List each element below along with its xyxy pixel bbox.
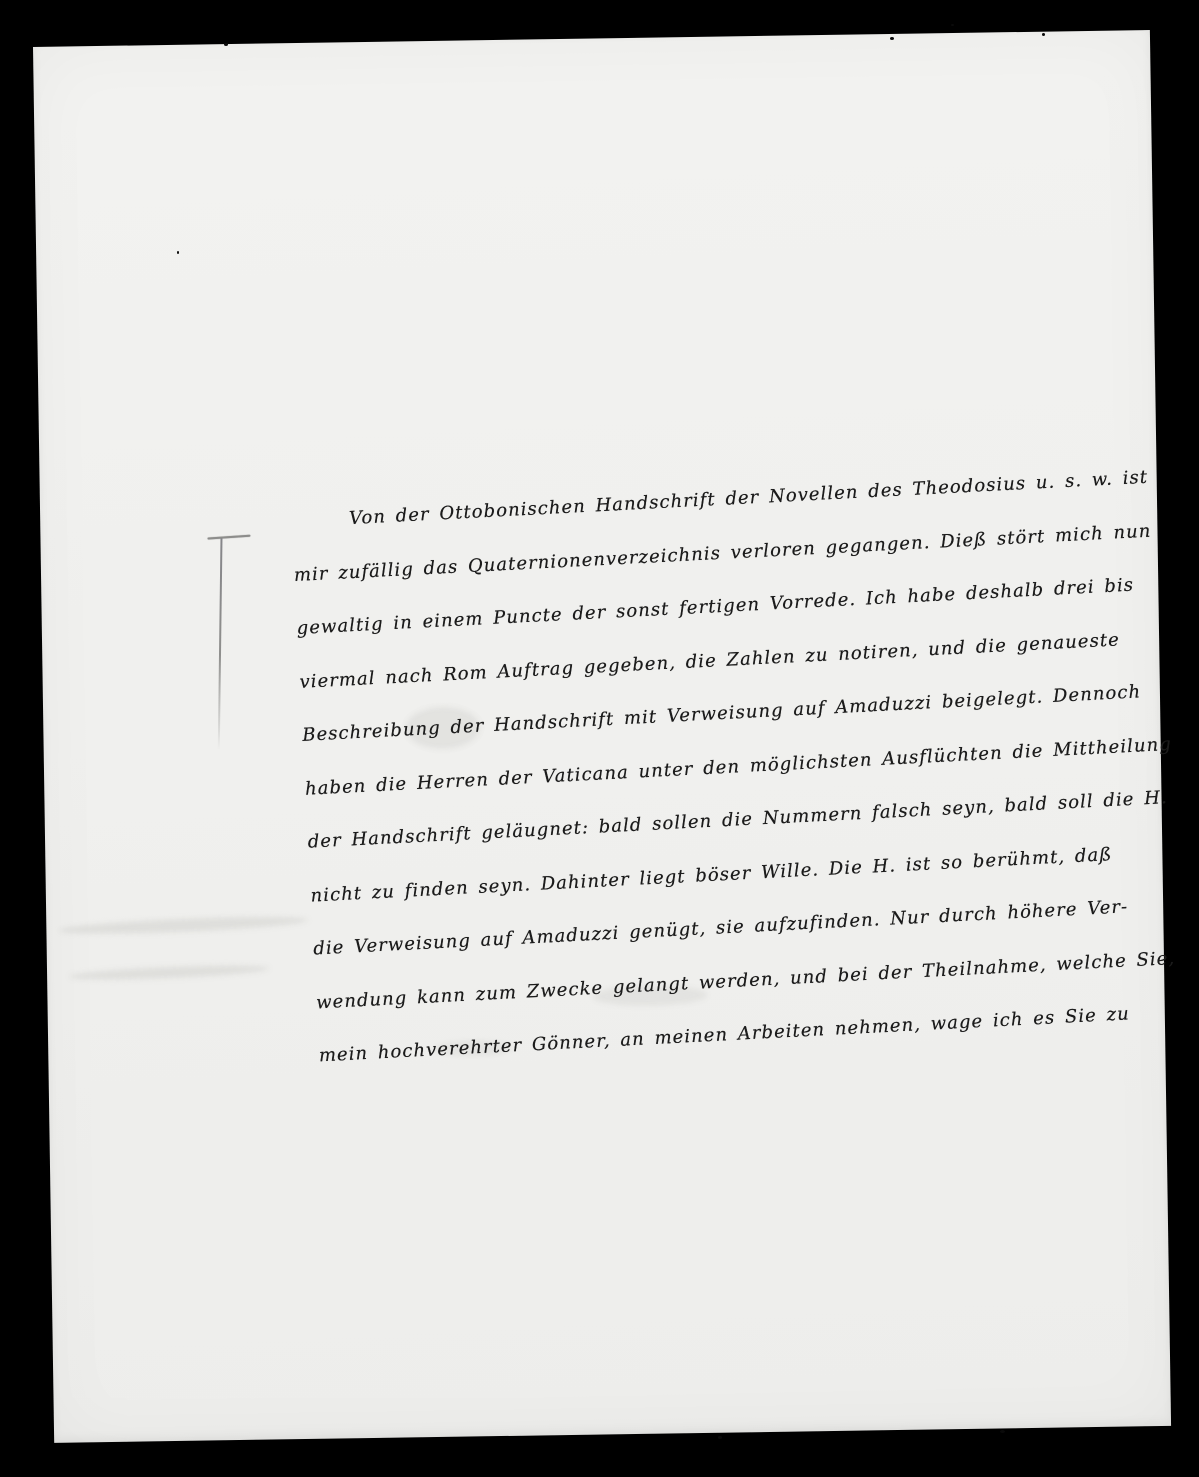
dust-speck	[718, 1436, 722, 1439]
ink-bleedthrough-mark	[69, 963, 269, 982]
dust-speck	[1042, 33, 1045, 36]
dust-speck	[177, 251, 179, 254]
pencil-t-crossbar	[207, 535, 250, 540]
letter-page: Von der Ottobonischen Handschrift der No…	[33, 30, 1171, 1443]
ink-bleedthrough-mark	[58, 914, 308, 937]
dust-speck	[224, 43, 228, 46]
handwritten-text-block: Von der Ottobonischen Handschrift der No…	[290, 451, 1164, 1082]
dust-speck	[1000, 1430, 1005, 1433]
dust-speck	[951, 24, 954, 26]
dust-speck	[890, 37, 894, 40]
pencil-t-stem	[218, 538, 223, 750]
